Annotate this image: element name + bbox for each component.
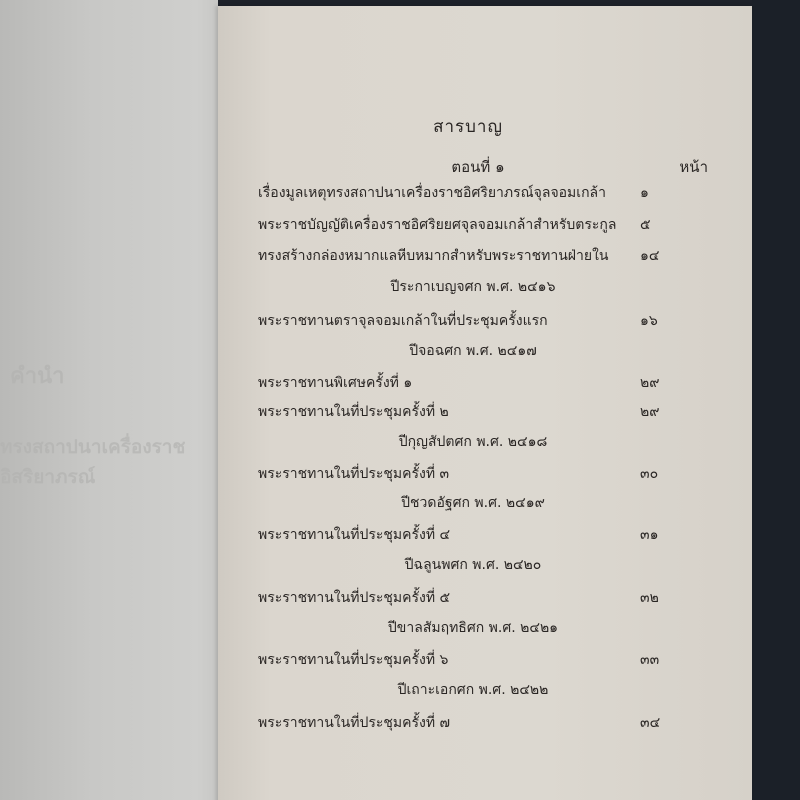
toc-section-heading: ปีขาลสัมฤทธิศก พ.ศ. ๒๔๒๑ [258,617,678,639]
toc-section-heading: ปีระกาเบญจศก พ.ศ. ๒๔๑๖ [258,276,678,298]
toc-section-heading: ปีจอฉศก พ.ศ. ๒๔๑๗ [258,340,678,362]
page-number: ๑๖ [640,310,658,332]
toc-section-heading: ปีเถาะเอกศก พ.ศ. ๒๔๒๒ [258,679,678,701]
left-page: คำนำ ทรงสถาปนาเครื่องราชอิสริยาภรณ์ [0,0,232,800]
page-number: ๑ [640,182,649,204]
page-number: ๒๙ [640,372,659,394]
page-number: ๑๔ [640,245,659,267]
page-column-header: หน้า [679,155,708,179]
page-number: ๒๙ [640,401,659,423]
toc-title: สารบาญ [258,113,678,140]
left-page-bleed-text: ทรงสถาปนาเครื่องราชอิสริยาภรณ์ [0,432,232,492]
left-page-bleed-heading: คำนำ [10,358,64,393]
page-number: ๕ [640,214,651,236]
part-label: ตอนที่ ๑ [258,155,678,179]
page-number: ๓๓ [640,649,659,671]
page-number: ๓๔ [640,712,660,734]
toc-section-heading: ปีฉลูนพศก พ.ศ. ๒๔๒๐ [258,554,678,576]
page-number: ๓๒ [640,587,659,609]
page-number: ๓๑ [640,524,658,546]
toc-section-heading: ปีชวดอัฐศก พ.ศ. ๒๔๑๙ [258,492,678,514]
toc-section-heading: ปีกุญสัปตศก พ.ศ. ๒๔๑๘ [258,431,678,453]
page-number: ๓๐ [640,463,658,485]
